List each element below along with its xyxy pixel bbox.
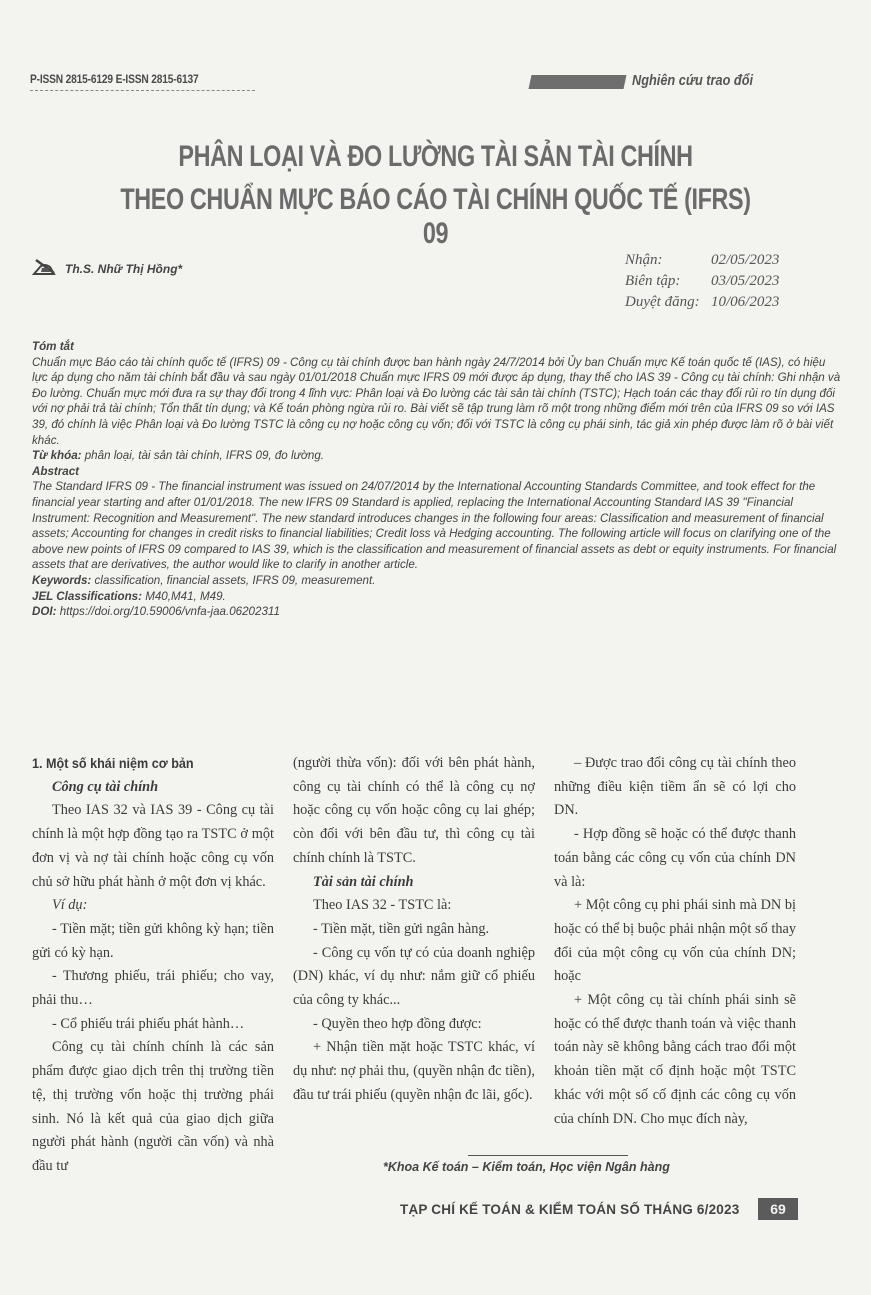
received-date: Nhận:02/05/2023 [625,250,779,271]
page-number-badge: 69 [758,1198,798,1220]
section-heading: 1. Một số khái niệm cơ bản [32,752,250,776]
bullet: - Quyền theo hợp đồng được: [293,1013,535,1037]
bullet: – Được trao đổi công cụ tài chính theo n… [554,752,796,823]
column-1: 1. Một số khái niệm cơ bản Công cụ tài c… [32,752,274,1179]
summary-keywords: Từ khóa: phân loại, tài sản tài chính, I… [32,448,842,464]
bullet: + Một công cụ phi phái sinh mà DN bị hoặ… [554,894,796,989]
bullet: + Một công cụ tài chính phái sinh sẽ hoặ… [554,989,796,1131]
abstract-heading: Abstract [32,464,842,480]
paragraph: Theo IAS 32 và IAS 39 - Công cụ tài chín… [32,799,274,894]
doi: DOI: https://doi.org/10.59006/vnfa-jaa.0… [32,604,842,620]
footnote-divider [468,1155,628,1156]
issn-line: P-ISSN 2815-6129 E-ISSN 2815-6137 [30,72,198,86]
author-name: Th.S. Nhữ Thị Hồng* [65,262,182,276]
summary-text: Chuẩn mực Báo cáo tài chính quốc tế (IFR… [32,355,842,449]
paragraph: Công cụ tài chính chính là các sản phẩm … [32,1036,274,1178]
subheading-financial-instrument: Công cụ tài chính [32,776,274,800]
doi-link[interactable]: https://doi.org/10.59006/vnfa-jaa.062023… [56,605,279,618]
date-info: Nhận:02/05/2023 Biên tập:03/05/2023 Duyệ… [625,250,779,313]
approved-date: Duyệt đăng:10/06/2023 [625,292,779,313]
bullet: - Hợp đồng sẽ hoặc có thể được thanh toá… [554,823,796,894]
abstract-section: Tóm tắt Chuẩn mực Báo cáo tài chính quốc… [32,339,842,620]
section-accent-bar [529,75,627,89]
body-columns: 1. Một số khái niệm cơ bản Công cụ tài c… [32,752,797,1179]
example-label: Ví dụ: [32,894,274,918]
bullet: - Công cụ vốn tự có của doanh nghiệp (DN… [293,942,535,1013]
bullet: + Nhận tiền mặt hoặc TSTC khác, ví dụ nh… [293,1036,535,1107]
bullet: - Tiền mặt; tiền gửi không kỳ hạn; tiền … [32,918,274,965]
author-byline: Th.S. Nhữ Thị Hồng* [32,258,182,279]
article-title-line-2: THEO CHUẨN MỰC BÁO CÁO TÀI CHÍNH QUỐC TẾ… [119,183,752,251]
bullet: - Thương phiếu, trái phiếu; cho vay, phả… [32,965,274,1012]
journal-footer: TẠP CHÍ KẾ TOÁN & KIỂM TOÁN SỐ THÁNG 6/2… [400,1202,739,1217]
pen-writing-icon [32,258,62,279]
bullet: - Tiền mặt, tiền gửi ngân hàng. [293,918,535,942]
paragraph: Theo IAS 32 - TSTC là: [293,894,535,918]
header-divider [30,90,255,91]
article-title-line-1: PHÂN LOẠI VÀ ĐO LƯỜNG TÀI SẢN TÀI CHÍNH [119,140,752,174]
summary-heading: Tóm tắt [32,339,842,355]
edited-date: Biên tập:03/05/2023 [625,271,779,292]
subheading-financial-asset: Tài sản tài chính [293,871,535,895]
jel-classifications: JEL Classifications: M40,M41, M49. [32,589,842,605]
column-2: (người thừa vốn): đối với bên phát hành,… [293,752,535,1179]
section-label: Nghiên cứu trao đổi [632,72,753,89]
author-affiliation-footnote: *Khoa Kế toán – Kiểm toán, Học viện Ngân… [383,1160,670,1174]
column-3: – Được trao đổi công cụ tài chính theo n… [554,752,796,1179]
abstract-keywords: Keywords: classification, financial asse… [32,573,842,589]
bullet: - Cổ phiếu trái phiếu phát hành… [32,1013,274,1037]
abstract-text: The Standard IFRS 09 - The financial ins… [32,479,842,573]
paragraph: (người thừa vốn): đối với bên phát hành,… [293,752,535,871]
